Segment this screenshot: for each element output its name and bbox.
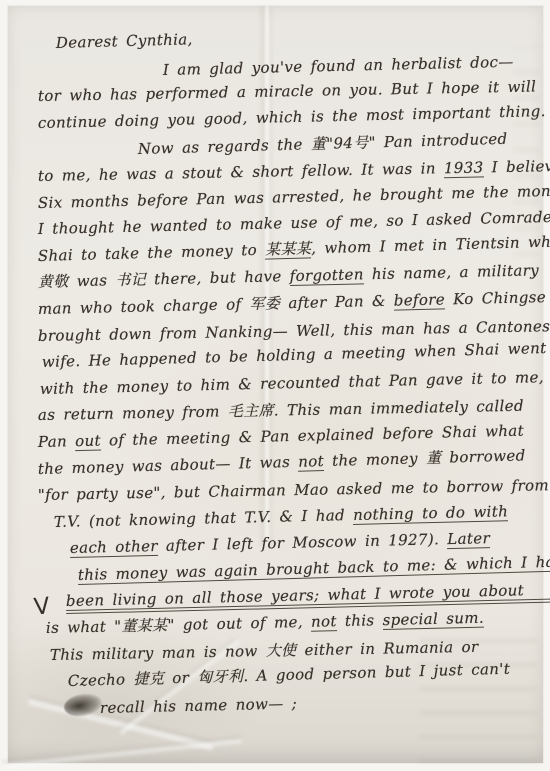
letter-text-segment: each other: [70, 537, 158, 558]
letter-text-segment: Later: [447, 529, 490, 549]
letter-text-segment: out: [75, 431, 101, 451]
letter-text-segment: Pan: [38, 432, 76, 451]
letter-text-segment: Shai to take the money to: [38, 240, 266, 264]
letter-text-segment: 黄敬 was 书记 there, but have: [38, 267, 290, 291]
letter-text-segment: after I left for Moscow in 1927).: [158, 530, 448, 555]
letter-text-segment: recall his name now— ;: [100, 694, 298, 717]
letter-text-segment: , whom I met in Tientsin when: [311, 232, 550, 257]
letter-text-segment: Ko Chingse was: [445, 287, 550, 308]
letter-text-segment: man who took charge of 军委 after Pan &: [38, 292, 394, 318]
letter-text-segment: the money was about— It was: [38, 452, 299, 477]
letter-text-segment: this: [337, 611, 383, 630]
letter-text-segment: forgotten: [289, 266, 364, 287]
letter-text-segment: is what "董某某" got out of me,: [46, 613, 311, 637]
letter-text-segment: before: [394, 290, 446, 310]
letter-text-segment: the money 董 borrowed: [324, 446, 526, 470]
paper-wrinkle: [2, 735, 242, 769]
margin-check-mark: V: [33, 593, 51, 621]
letter-text-segment: not: [311, 612, 337, 632]
letter-text-segment: 某某某: [265, 239, 312, 259]
letter-scan: Dearest Cynthia,I am glad you've found a…: [0, 0, 550, 771]
letter-text-segment: special sum.: [382, 609, 484, 630]
letter-body: Dearest Cynthia,I am glad you've found a…: [38, 30, 529, 721]
letter-text-segment: nothing to do with: [353, 502, 508, 525]
letter-text-segment: T.V. (not knowing that T.V. & I had: [54, 506, 354, 531]
paper-sheet: Dearest Cynthia,I am glad you've found a…: [8, 6, 543, 763]
letter-text-segment: his name, a military: [364, 262, 540, 284]
letter-text-segment: Dearest Cynthia,: [56, 30, 193, 52]
letter-text-segment: not: [298, 452, 324, 472]
letter-text-segment: I believe.: [483, 157, 550, 177]
letter-text-segment: 1933: [444, 158, 484, 178]
